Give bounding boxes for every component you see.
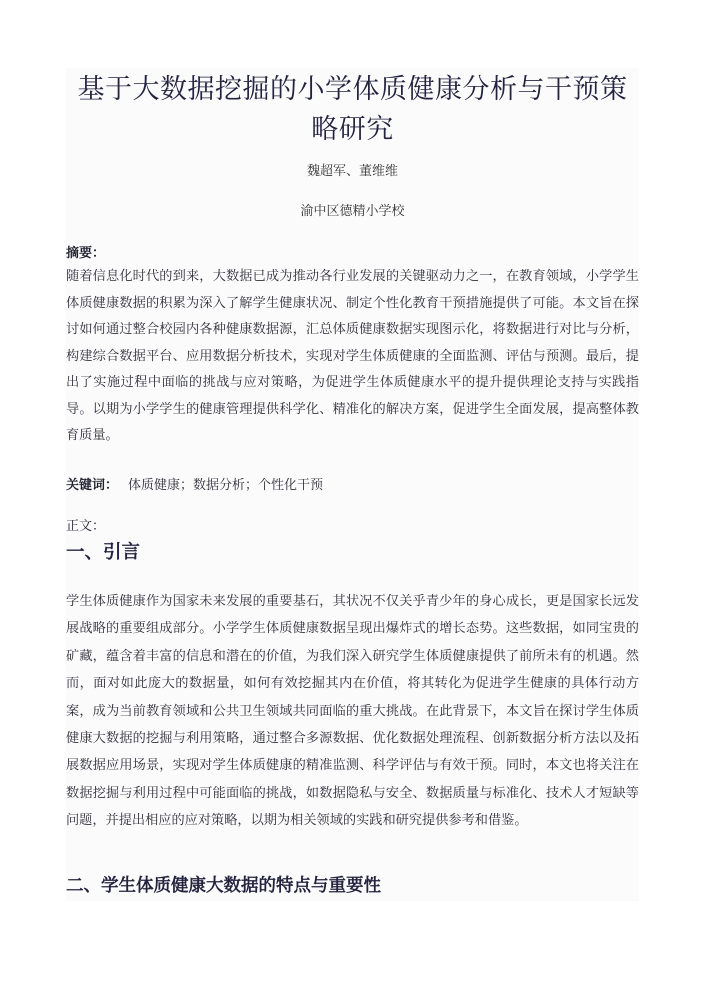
abstract-label: 摘要：	[66, 242, 105, 261]
abstract-text: 随着信息化时代的到来，大数据已成为推动各行业发展的关键驱动力之一，在教育领域，小…	[66, 264, 639, 450]
keywords-line: 关键词：体质健康；数据分析；个性化干预	[66, 474, 639, 493]
document-authors: 魏超军、董维维	[66, 160, 639, 179]
document-affiliation: 渝中区德精小学校	[66, 200, 639, 219]
document-title: 基于大数据挖掘的小学体质健康分析与干预策略研究	[66, 70, 639, 150]
section-heading-characteristics: 二、学生体质健康大数据的特点与重要性	[66, 872, 381, 897]
keywords-label: 关键词：	[66, 478, 118, 493]
section-text-introduction: 学生体质健康作为国家未来发展的重要基石，其状况不仅关乎青少年的身心成长，更是国家…	[66, 588, 639, 835]
body-label: 正文：	[66, 515, 105, 534]
keywords-value: 体质健康；数据分析；个性化干预	[128, 478, 323, 493]
document-page: 基于大数据挖掘的小学体质健康分析与干预策略研究 魏超军、董维维 渝中区德精小学校…	[66, 68, 639, 901]
section-heading-introduction: 一、引言	[66, 538, 140, 564]
